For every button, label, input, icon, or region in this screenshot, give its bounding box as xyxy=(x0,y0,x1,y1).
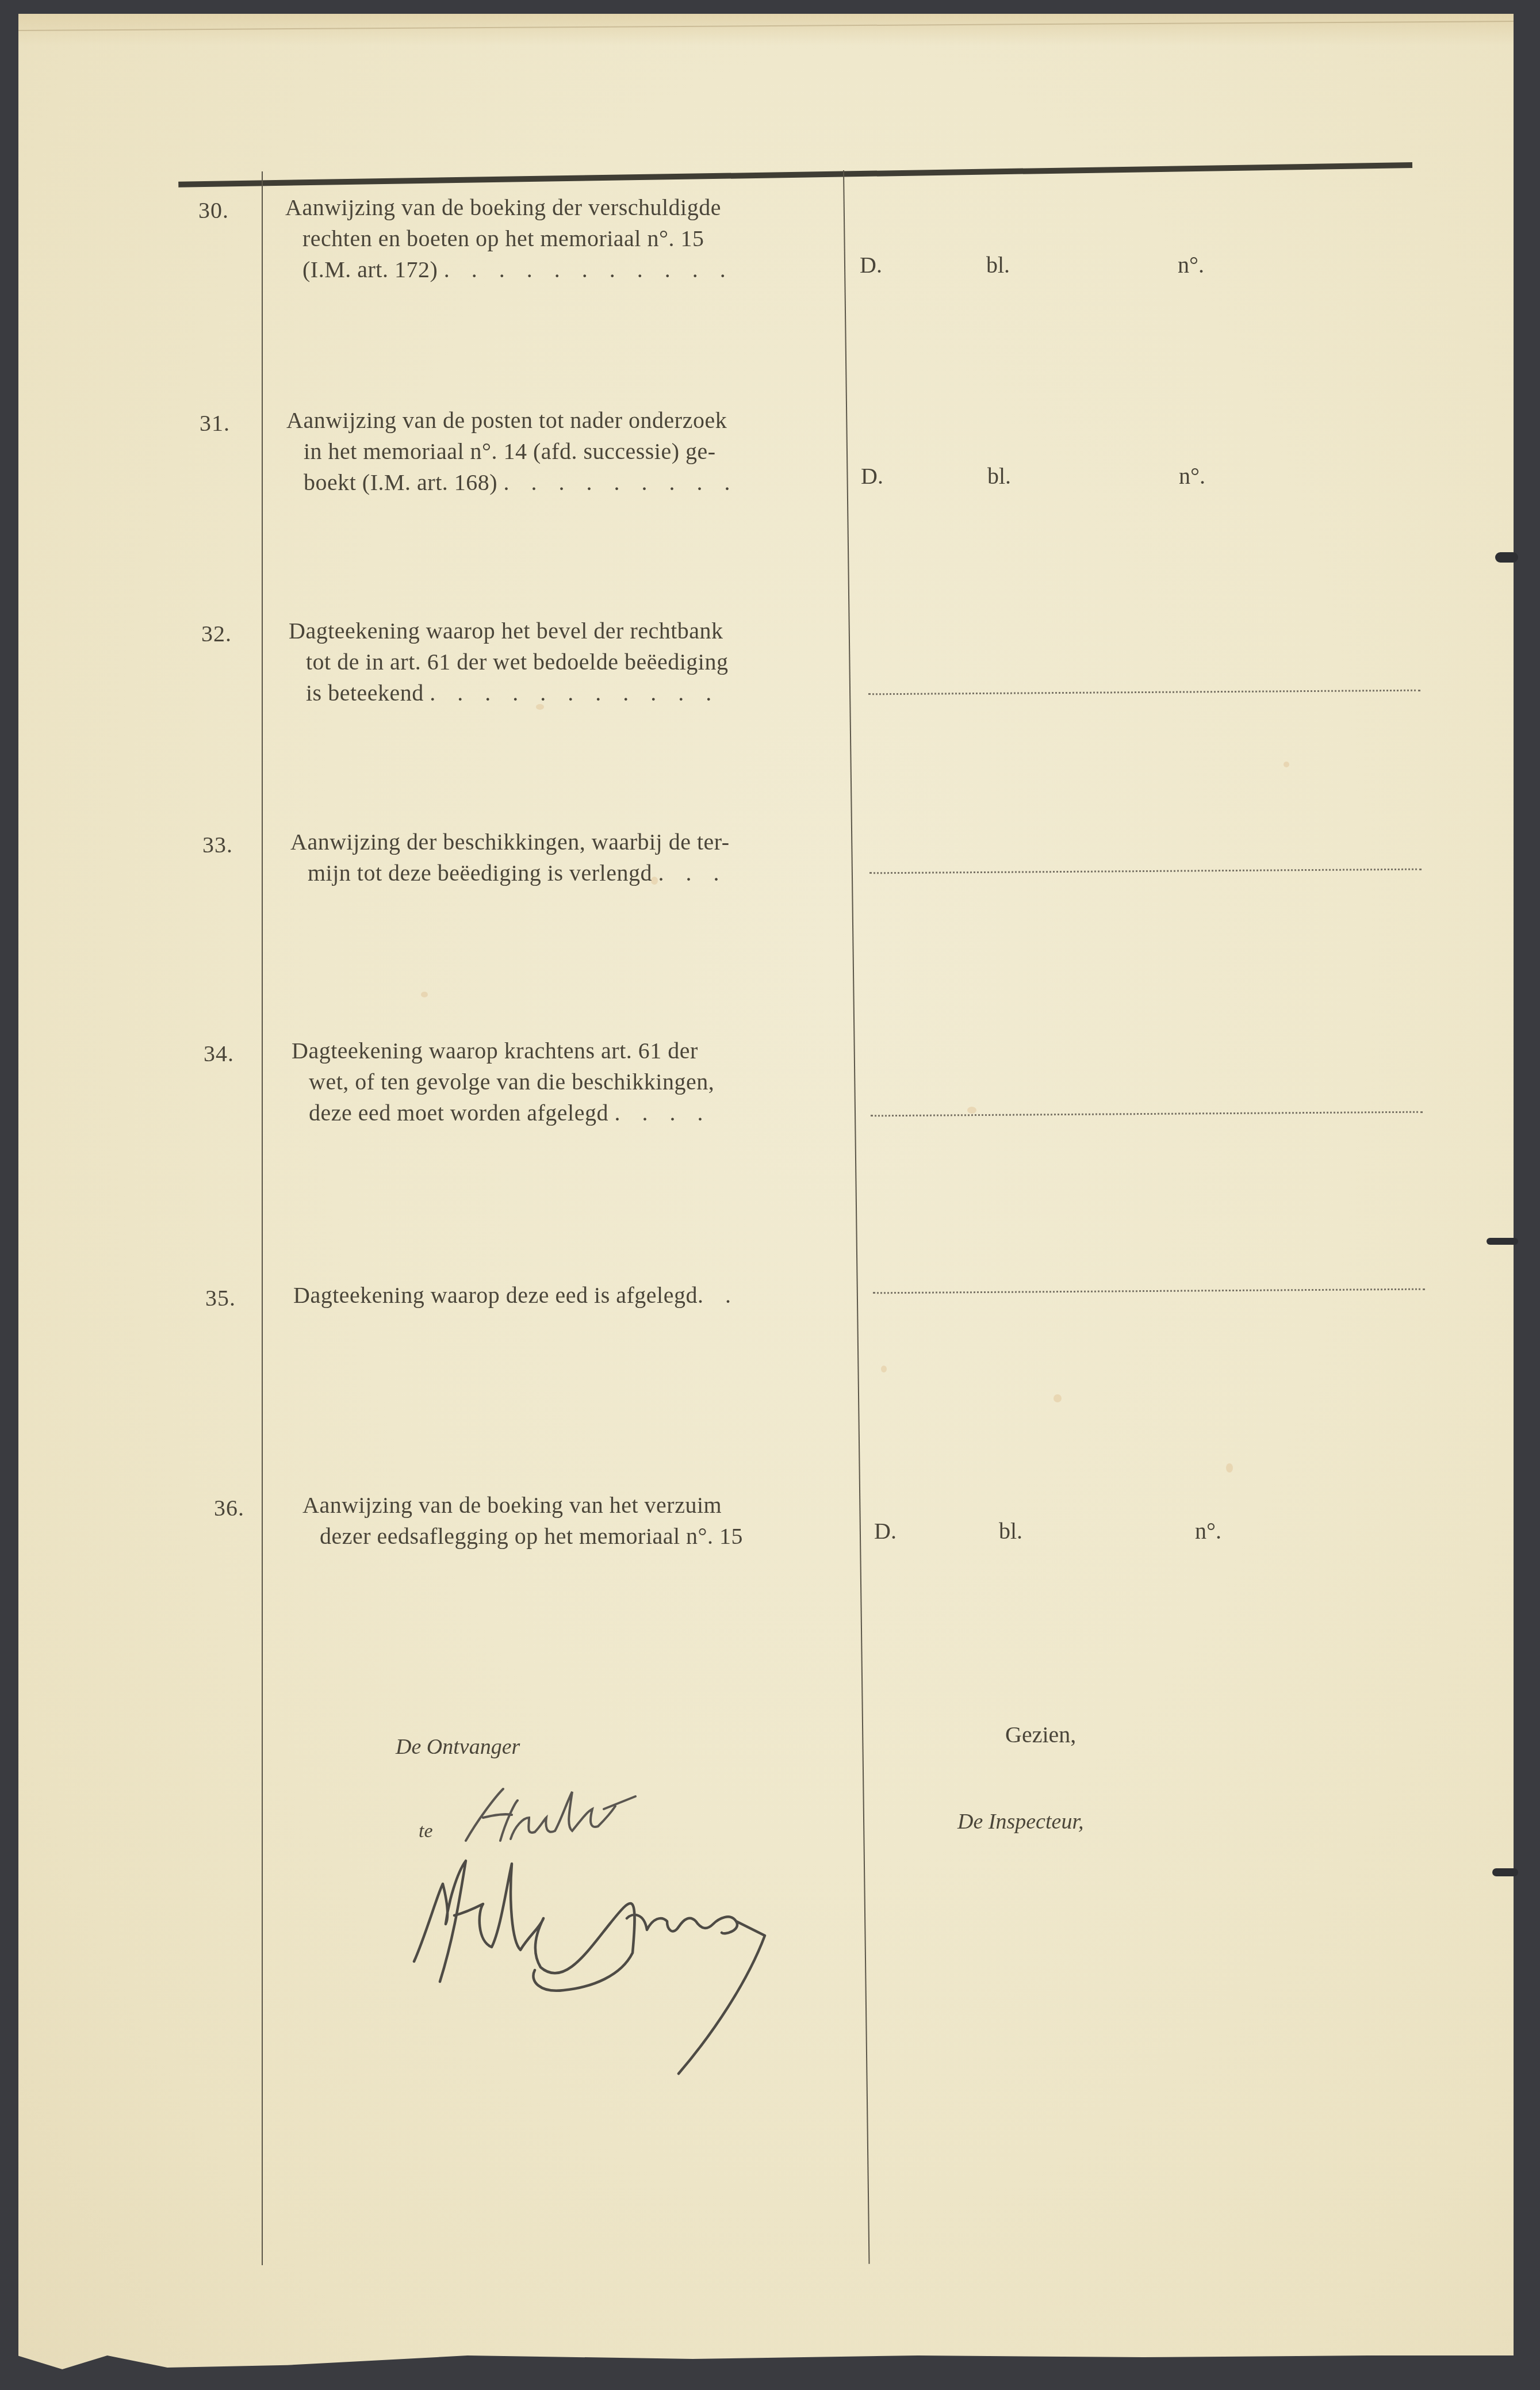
row-number: 31. xyxy=(200,410,230,437)
row-description: Aanwijzing van de boeking van het verzui… xyxy=(302,1490,743,1552)
dot-leader: . . . . xyxy=(614,1100,711,1126)
binding-thread-icon xyxy=(1495,552,1518,563)
row-description: Dagteekening waarop krachtens art. 61 de… xyxy=(292,1035,714,1129)
foxing-spot xyxy=(1054,1394,1062,1402)
foxing-spot xyxy=(881,1366,887,1372)
row-number: 35. xyxy=(205,1284,236,1311)
inspector-title: De Inspecteur, xyxy=(957,1809,1083,1834)
number-field[interactable]: n°. xyxy=(1179,462,1205,490)
row-number: 36. xyxy=(214,1494,244,1521)
dot-leader: . . . . . . . . . . . xyxy=(444,257,734,282)
dot-leader: . . . . . . . . . . . xyxy=(430,680,719,706)
handwritten-signature-icon xyxy=(391,1849,851,2079)
place-prefix: te xyxy=(419,1821,433,1842)
dot-leader: . . . xyxy=(658,860,727,886)
row-number: 30. xyxy=(198,197,229,224)
foxing-spot xyxy=(967,1107,976,1114)
row-number: 32. xyxy=(201,620,232,647)
handwritten-place-icon xyxy=(443,1786,684,1849)
row-description: Dagteekening waarop deze eed is afgelegd… xyxy=(293,1280,739,1311)
left-column-divider xyxy=(262,171,263,2265)
seen-label: Gezien, xyxy=(1005,1721,1076,1748)
daybook-field[interactable]: D. xyxy=(861,462,883,490)
daybook-field[interactable]: D. xyxy=(874,1517,897,1544)
row-description: Aanwijzing van de boeking der verschuldi… xyxy=(285,192,734,285)
paper-fold-crease xyxy=(18,21,1514,31)
row-number: 34. xyxy=(204,1040,234,1067)
dot-leader: . . . . . . . . . xyxy=(504,469,738,495)
foxing-spot xyxy=(421,992,428,997)
row-description: Aanwijzing van de posten tot nader onder… xyxy=(286,405,738,498)
page-field[interactable]: bl. xyxy=(999,1517,1022,1544)
row-number: 33. xyxy=(202,831,233,858)
row-description: Dagteekening waarop het bevel der rechtb… xyxy=(289,615,728,709)
binding-thread-icon xyxy=(1492,1868,1518,1876)
foxing-spot xyxy=(1284,762,1289,767)
number-field[interactable]: n°. xyxy=(1178,251,1204,278)
page-field[interactable]: bl. xyxy=(987,462,1011,490)
foxing-spot xyxy=(1226,1463,1233,1473)
row-description: Aanwijzing der beschikkingen, waarbij de… xyxy=(290,827,730,889)
dot-leader: . . xyxy=(698,1282,739,1308)
binding-thread-icon xyxy=(1487,1238,1518,1245)
daybook-field[interactable]: D. xyxy=(860,251,882,278)
page-field[interactable]: bl. xyxy=(986,251,1010,278)
receiver-title: De Ontvanger xyxy=(396,1734,520,1760)
number-field[interactable]: n°. xyxy=(1195,1517,1221,1544)
